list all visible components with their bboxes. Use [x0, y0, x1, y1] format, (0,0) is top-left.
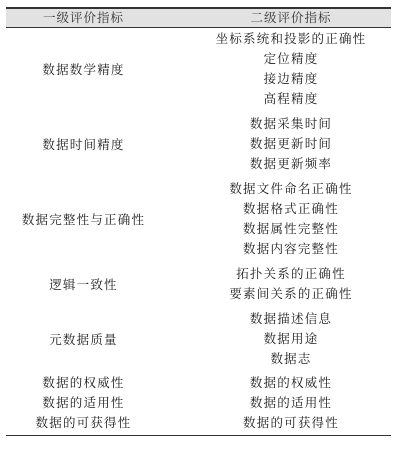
level2-item: 数据格式正确性	[191, 199, 391, 219]
evaluation-index-table: 一级评价指标 二级评价指标 数据数学精度 坐标系统和投影的正确性 定位精度 接边…	[6, 7, 391, 436]
level2-item: 数据描述信息	[191, 309, 391, 329]
level2-item: 数据的权威性	[191, 373, 391, 393]
table-row-group: 数据的可获得性 数据的可获得性	[6, 413, 391, 436]
level2-item: 数据采集时间	[191, 114, 391, 134]
table-row-group: 数据的适用性 数据的适用性	[6, 393, 391, 413]
level2-cell: 数据的适用性	[161, 393, 391, 413]
level2-item: 接边精度	[191, 69, 391, 89]
level2-cell: 数据的权威性	[161, 373, 391, 393]
level2-cell: 数据描述信息 数据用途 数据志	[161, 309, 391, 369]
level1-cell: 数据数学精度	[6, 60, 161, 78]
table-row-group: 逻辑一致性 拓扑关系的正确性 要素间关系的正确性	[6, 264, 391, 304]
level1-cell: 数据时间精度	[6, 135, 161, 153]
level2-item: 数据更新频率	[191, 154, 391, 174]
table-header: 一级评价指标 二级评价指标	[6, 7, 391, 28]
level2-item: 数据志	[191, 349, 391, 369]
level2-cell: 坐标系统和投影的正确性 定位精度 接边精度 高程精度	[161, 29, 391, 109]
level2-item: 高程精度	[191, 89, 391, 109]
table-row-group: 元数据质量 数据描述信息 数据用途 数据志	[6, 309, 391, 369]
level2-item: 数据内容完整性	[191, 239, 391, 259]
level1-cell: 逻辑一致性	[6, 275, 161, 293]
level2-cell: 拓扑关系的正确性 要素间关系的正确性	[161, 264, 391, 304]
level1-cell: 元数据质量	[6, 330, 161, 348]
level2-item: 坐标系统和投影的正确性	[191, 29, 391, 49]
level2-item: 数据属性完整性	[191, 219, 391, 239]
level1-cell: 数据的权威性	[6, 373, 161, 393]
level2-cell: 数据文件命名正确性 数据格式正确性 数据属性完整性 数据内容完整性	[161, 179, 391, 259]
level2-cell: 数据的可获得性	[161, 413, 391, 433]
level1-cell: 数据的适用性	[6, 393, 161, 413]
table-row-group: 数据数学精度 坐标系统和投影的正确性 定位精度 接边精度 高程精度	[6, 29, 391, 109]
level1-cell: 数据的可获得性	[6, 413, 161, 433]
level2-item: 数据用途	[191, 329, 391, 349]
level2-item: 数据文件命名正确性	[191, 179, 391, 199]
level1-cell: 数据完整性与正确性	[6, 210, 161, 228]
header-level1: 一级评价指标	[6, 9, 161, 27]
level2-cell: 数据采集时间 数据更新时间 数据更新频率	[161, 114, 391, 174]
level2-item: 定位精度	[191, 49, 391, 69]
level2-item: 拓扑关系的正确性	[191, 264, 391, 284]
table-row-group: 数据完整性与正确性 数据文件命名正确性 数据格式正确性 数据属性完整性 数据内容…	[6, 179, 391, 259]
header-level2: 二级评价指标	[161, 9, 391, 27]
level2-item: 数据的可获得性	[191, 413, 391, 433]
level2-item: 数据更新时间	[191, 134, 391, 154]
table-row-group: 数据时间精度 数据采集时间 数据更新时间 数据更新频率	[6, 114, 391, 174]
level2-item: 数据的适用性	[191, 393, 391, 413]
level2-item: 要素间关系的正确性	[191, 284, 391, 304]
table-row-group: 数据的权威性 数据的权威性	[6, 373, 391, 393]
